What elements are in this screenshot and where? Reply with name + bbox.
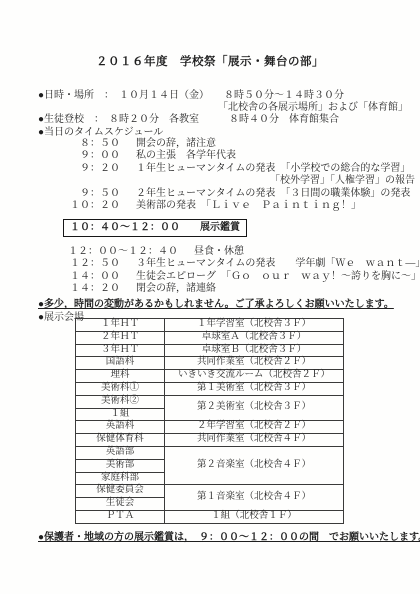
venue-group-cell: ＰＴＡ <box>76 510 165 523</box>
venue-group-cell: １組 <box>76 408 165 421</box>
schedule-event-text: ３年生ヒューマンタイムの発表 学年劇「Ｗｅ ｗａｎｔ―」 <box>136 258 420 269</box>
venue-group-cell: 理科 <box>76 370 165 383</box>
venue-room-cell: 第１音楽室（北校舎４Ｆ） <box>165 485 344 511</box>
venue-table-row: ２年ＨＴ 卓球室Ａ（北校舎３Ｆ） <box>76 331 344 344</box>
venue-room-cell: 第２美術室（北校舎３Ｆ） <box>165 395 344 421</box>
venue-table-row: 保健委員会 第１音楽室（北校舎４Ｆ） <box>76 485 344 498</box>
venue-group-cell: 家庭科部 <box>76 472 165 485</box>
venue-room-cell: 第２音楽室（北校舎４Ｆ） <box>165 446 344 484</box>
schedule-time-label: ９：２０ <box>68 163 120 175</box>
schedule-row: １２：００～１２：４０昼食・休憩 <box>68 246 420 258</box>
venue-room-cell: 卓球室Ｂ（北校舎３Ｆ） <box>165 344 344 357</box>
schedule-time-label: １４：２０ <box>68 283 120 295</box>
schedule-time-label: ９：００ <box>68 150 120 162</box>
schedule-time-label: １０：２０ <box>68 200 120 212</box>
time-change-notice: ●多少，時間の変動があるかもしれません。ご了承よろしくお願いいたします。 <box>38 295 394 310</box>
schedule-event-text: 私の主張 各学年代表 <box>136 150 236 161</box>
venue-table-row: １年ＨＴ １年学習室（北校舎３Ｆ） <box>76 319 344 332</box>
venue-room-cell: 共同作業室（北校舎４Ｆ） <box>165 434 344 447</box>
schedule-time-label: １４：００ <box>68 271 120 283</box>
venue-group-cell: 生徒会 <box>76 498 165 511</box>
schedule-row: １４：２０閉会の辞，諸連絡 <box>68 283 420 295</box>
venue-group-cell: １年ＨＴ <box>76 319 165 332</box>
venue-group-cell: 保健体育科 <box>76 434 165 447</box>
venue-group-cell: 英語部 <box>76 446 165 459</box>
info-block: ●日時・場所 ： １０月１４日（金） ８時５０分～１４時３０分 「北校舎の各展示… <box>38 90 408 139</box>
venue-group-cell: 英語科 <box>76 421 165 434</box>
schedule-row: ９：２０１年生ヒューマンタイムの発表 「小学校での総合的な学習」 <box>68 163 415 175</box>
venue-group-cell: ３年ＨＴ <box>76 344 165 357</box>
schedule-row: １４：００生徒会エピローグ 「Ｇｏ ｏｕｒ ｗａｙ！～誇りを胸に～」 <box>68 271 420 283</box>
schedule-event-text: 美術部の発表 「Ｌｉｖｅ Ｐａｉｎｔｉｎｇ！」 <box>136 200 361 211</box>
venue-table-row: 国語科 共同作業室（北校舎２Ｆ） <box>76 357 344 370</box>
document-title: ２０１６年度 学校祭「展示・舞台の部」 <box>0 53 420 69</box>
venue-room-cell: １年学習室（北校舎３Ｆ） <box>165 319 344 332</box>
venue-table-row: ３年ＨＴ 卓球室Ｂ（北校舎３Ｆ） <box>76 344 344 357</box>
venue-location-line: 「北校舎の各展示場所」および「体育館」 <box>38 102 408 114</box>
schedule-event-text: 生徒会エピローグ 「Ｇｏ ｏｕｒ ｗａｙ！～誇りを胸に～」 <box>136 271 420 282</box>
schedule-row: １０：２０美術部の発表 「Ｌｉｖｅ Ｐａｉｎｔｉｎｇ！」 <box>68 200 415 212</box>
venue-table: １年ＨＴ １年学習室（北校舎３Ｆ） ２年ＨＴ 卓球室Ａ（北校舎３Ｆ） ３年ＨＴ … <box>75 318 344 524</box>
venue-room-cell: 卓球室Ａ（北校舎３Ｆ） <box>165 331 344 344</box>
schedule-row-continuation: 「校外学習」「人権学習」の報告 <box>68 175 415 187</box>
venue-table-row: 保健体育科 共同作業室（北校舎４Ｆ） <box>76 434 344 447</box>
venue-table-row: 英語科 ２年学習室（北校舎２Ｆ） <box>76 421 344 434</box>
schedule-row: ９：００私の主張 各学年代表 <box>68 150 415 162</box>
schedule-morning: ８：５０開会の辞，諸注意 ９：００私の主張 各学年代表 ９：２０１年生ヒューマン… <box>68 138 415 212</box>
venue-table-row: ＰＴＡ １組（北校舎１Ｆ） <box>76 510 344 523</box>
timetable-heading: ●当日のタイムスケジュール <box>38 127 408 139</box>
venue-group-cell: 美術科② <box>76 395 165 408</box>
visitor-viewing-notice: ●保護者・地域の方の展示鑑賞は， ９：００～１２：００の間 でお願いいたします。 <box>38 528 420 543</box>
schedule-event-text: 昼食・休憩 <box>194 246 244 257</box>
schedule-event-text: 開会の辞，諸注意 <box>136 138 216 149</box>
schedule-time-label: １２：５０ <box>68 258 120 270</box>
schedule-time-label: ９：５０ <box>68 188 120 200</box>
venue-room-cell: 共同作業室（北校舎２Ｆ） <box>165 357 344 370</box>
venue-room-cell: １組（北校舎１Ｆ） <box>165 510 344 523</box>
venue-group-cell: 保健委員会 <box>76 485 165 498</box>
venue-room-cell: ２年学習室（北校舎２Ｆ） <box>165 421 344 434</box>
student-arrival-line: ●生徒登校 ： ８時２０分 各教室 ８時４０分 体育館集合 <box>38 114 408 126</box>
venue-table-row: 美術科② 第２美術室（北校舎３Ｆ） <box>76 395 344 408</box>
schedule-time-label: ８：５０ <box>68 138 120 150</box>
venue-table-row: 英語部 第２音楽室（北校舎４Ｆ） <box>76 446 344 459</box>
venue-group-cell: ２年ＨＴ <box>76 331 165 344</box>
schedule-event-text: １年生ヒューマンタイムの発表 「小学校での総合的な学習」 <box>136 163 410 174</box>
datetime-line: ●日時・場所 ： １０月１４日（金） ８時５０分～１４時３０分 <box>38 90 408 102</box>
schedule-row: １２：５０３年生ヒューマンタイムの発表 学年劇「Ｗｅ ｗａｎｔ―」 <box>68 258 420 270</box>
schedule-afternoon: １２：００～１２：４０昼食・休憩 １２：５０３年生ヒューマンタイムの発表 学年劇… <box>68 246 420 296</box>
schedule-event-text: 閉会の辞，諸連絡 <box>136 283 216 294</box>
exhibition-viewing-box: １０：４０～１２：００ 展示鑑賞 <box>63 219 247 237</box>
document-page: ２０１６年度 学校祭「展示・舞台の部」 ●日時・場所 ： １０月１４日（金） ８… <box>0 0 420 594</box>
schedule-event-text: 「校外学習」「人権学習」の報告 <box>270 175 415 186</box>
venue-group-cell: 美術科① <box>76 382 165 395</box>
venue-group-cell: 国語科 <box>76 357 165 370</box>
venue-room-cell: 第１美術室（北校舎３Ｆ） <box>165 382 344 395</box>
schedule-row: ８：５０開会の辞，諸注意 <box>68 138 415 150</box>
schedule-row: ９：５０２年生ヒューマンタイムの発表 「３日間の職業体験」の発表 <box>68 188 415 200</box>
venue-table-row: 美術科① 第１美術室（北校舎３Ｆ） <box>76 382 344 395</box>
venue-room-cell: いきいき交流ルーム（北校舎２Ｆ） <box>165 370 344 383</box>
schedule-time-label: １２：００～１２：４０ <box>68 246 178 258</box>
venue-table-row: 理科 いきいき交流ルーム（北校舎２Ｆ） <box>76 370 344 383</box>
venue-group-cell: 美術部 <box>76 459 165 472</box>
schedule-event-text: ２年生ヒューマンタイムの発表 「３日間の職業体験」の発表 <box>136 188 410 199</box>
